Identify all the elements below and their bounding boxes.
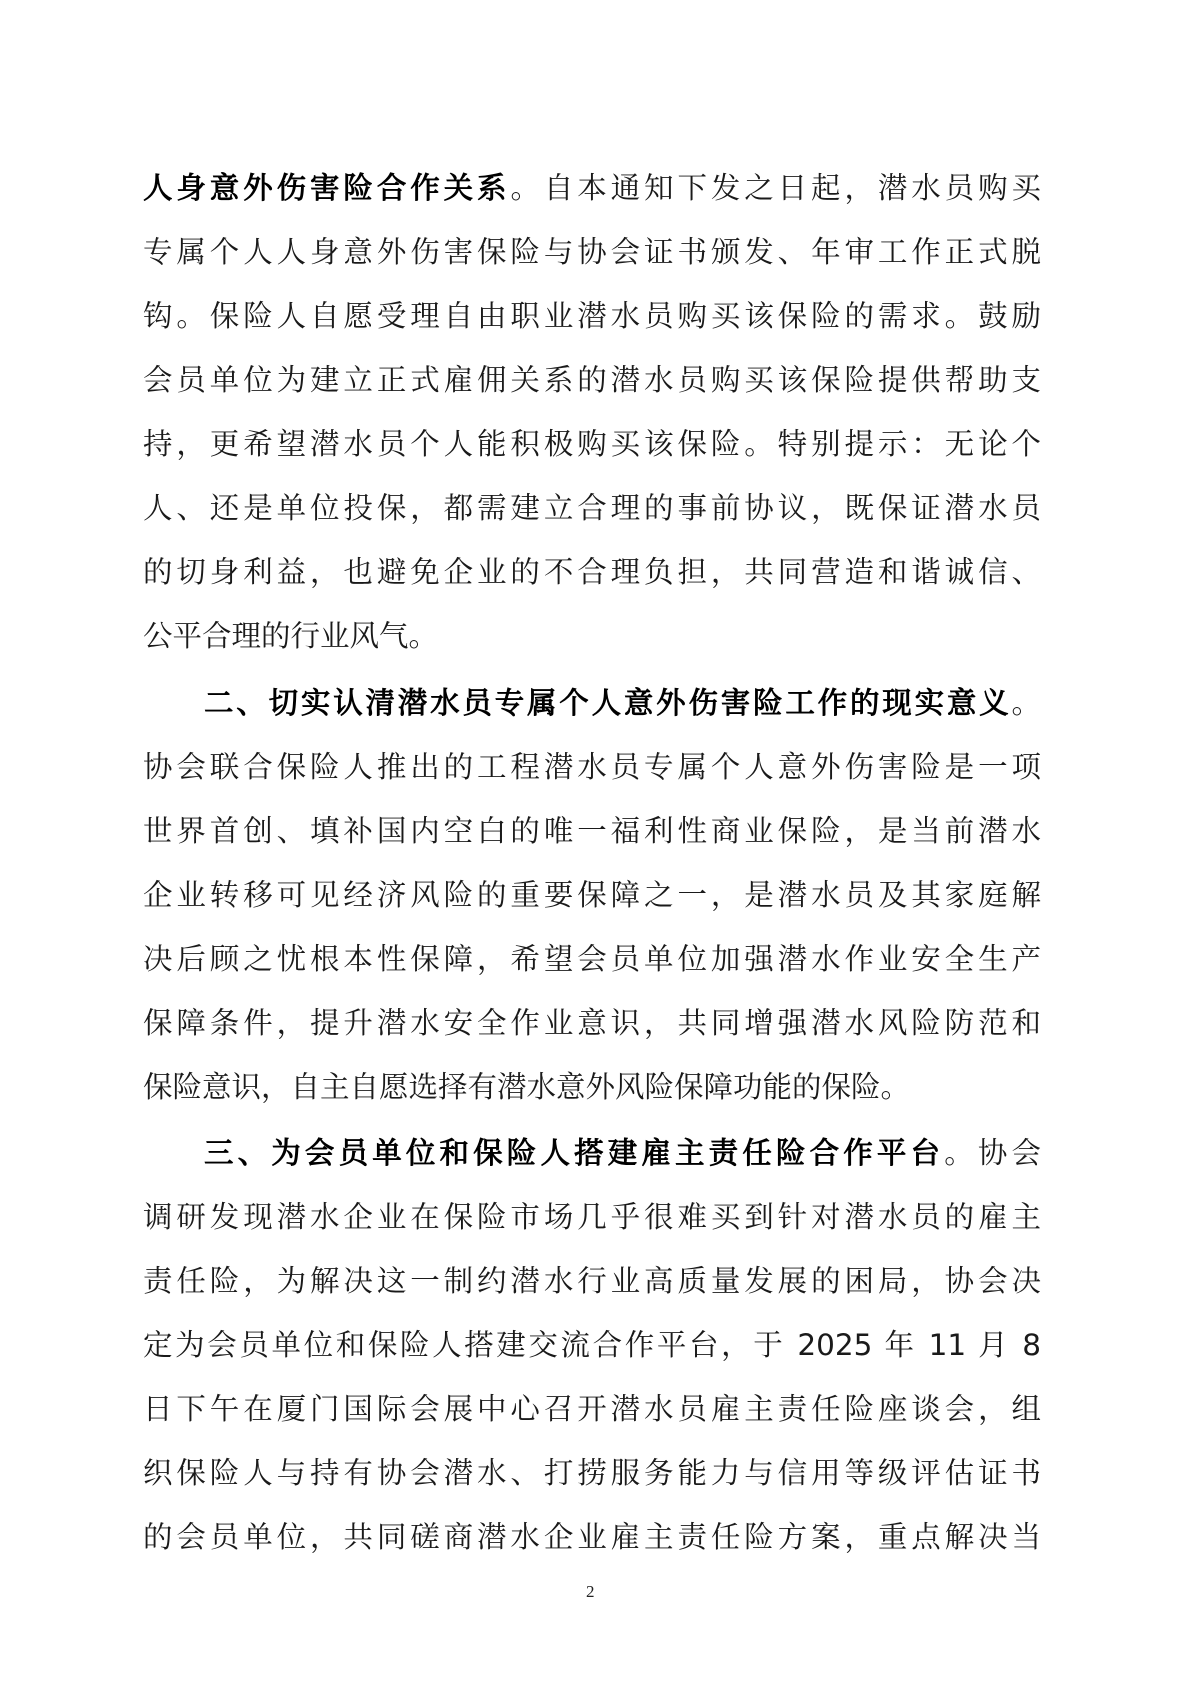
paragraph-3-line-6: 的会员单位，共同磋商潜水企业雇主责任险方案，重点解决当: [143, 1517, 1041, 1557]
paragraph-3-line-3: 定为会员单位和保险人搭建交流合作平台，于 2025 年 11 月 8: [143, 1325, 1041, 1365]
paragraph-2-line-6: 保险意识，自主自愿选择有潜水意外风险保障功能的保险。: [143, 1067, 1041, 1107]
paragraph-3-line-4: 日下午在厦门国际会展中心召开潜水员雇主责任险座谈会，组: [143, 1389, 1041, 1429]
paragraph-1-line-8: 公平合理的行业风气。: [143, 616, 1041, 656]
paragraph-2-line-1: 协会联合保险人推出的工程潜水员专属个人意外伤害险是一项: [143, 747, 1041, 787]
section-heading-text: 二、切实认清潜水员专属个人意外伤害险工作的现实意义: [204, 686, 1011, 720]
paragraph-2-line-5: 保障条件，提升潜水安全作业意识，共同增强潜水风险防范和: [143, 1003, 1041, 1043]
paragraph-1-line-1: 人身意外伤害险合作关系。自本通知下发之日起，潜水员购买: [143, 168, 1041, 208]
bold-lead-phrase: 人身意外伤害险合作关系: [143, 171, 510, 205]
paragraph-1-line-7: 的切身利益，也避免企业的不合理负担，共同营造和谐诚信、: [143, 552, 1041, 592]
document-page: 人身意外伤害险合作关系。自本通知下发之日起，潜水员购买 专属个人人身意外伤害保险…: [0, 0, 1192, 1685]
paragraph-1-line-5: 持，更希望潜水员个人能积极购买该保险。特别提示：无论个: [143, 424, 1041, 464]
paragraph-2-line-4: 决后顾之忧根本性保障，希望会员单位加强潜水作业安全生产: [143, 939, 1041, 979]
paragraph-1-line-2: 专属个人人身意外伤害保险与协会证书颁发、年审工作正式脱: [143, 232, 1041, 272]
paragraph-3-line-1: 调研发现潜水企业在保险市场几乎很难买到针对潜水员的雇主: [143, 1197, 1041, 1237]
paragraph-2-line-2: 世界首创、填补国内空白的唯一福利性商业保险，是当前潜水: [143, 811, 1041, 851]
paragraph-2-line-3: 企业转移可见经济风险的重要保障之一，是潜水员及其家庭解: [143, 875, 1041, 915]
paragraph-3-line-5: 织保险人与持有协会潜水、打捞服务能力与信用等级评估证书: [143, 1453, 1041, 1493]
section-2-heading: 二、切实认清潜水员专属个人意外伤害险工作的现实意义。: [204, 683, 1041, 723]
paragraph-1-line-6: 人、还是单位投保，都需建立合理的事前协议，既保证潜水员: [143, 488, 1041, 528]
paragraph-1-line-3: 钩。保险人自愿受理自由职业潜水员购买该保险的需求。鼓励: [143, 296, 1041, 336]
page-number: 2: [586, 1582, 595, 1602]
paragraph-1-line-4: 会员单位为建立正式雇佣关系的潜水员购买该保险提供帮助支: [143, 360, 1041, 400]
section-heading-text: 三、为会员单位和保险人搭建雇主责任险合作平台: [204, 1136, 944, 1170]
section-3-heading: 三、为会员单位和保险人搭建雇主责任险合作平台。协会: [204, 1133, 1041, 1173]
paragraph-3-line-2: 责任险，为解决这一制约潜水行业高质量发展的困局，协会决: [143, 1261, 1041, 1301]
